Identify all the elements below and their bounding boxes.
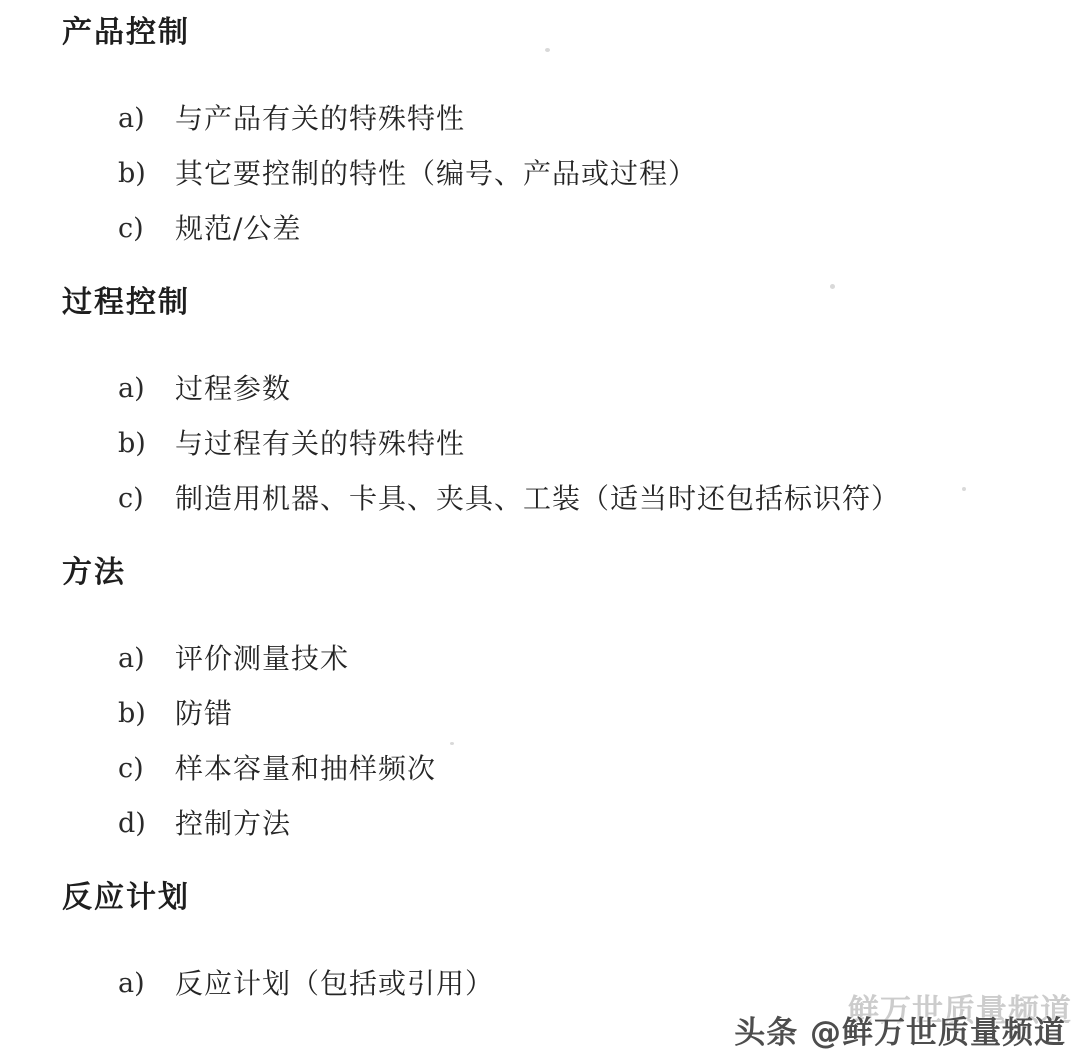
list-item: c) 制造用机器、卡具、夹具、工装（适当时还包括标识符） bbox=[118, 482, 1080, 516]
scan-speck bbox=[450, 742, 454, 745]
item-label: b) bbox=[118, 157, 175, 191]
list-item: c) 规范/公差 bbox=[118, 212, 1080, 246]
item-text: 评价测量技术 bbox=[175, 642, 349, 676]
document-content: 产品控制 a) 与产品有关的特殊特性 b) 其它要控制的特性（编号、产品或过程）… bbox=[0, 0, 1080, 1001]
item-label: c) bbox=[118, 212, 175, 246]
item-text: 规范/公差 bbox=[175, 212, 301, 246]
watermark-text: 头条 @鲜万世质量频道 bbox=[734, 1007, 1066, 1052]
list-item: b) 防错 bbox=[118, 697, 1080, 731]
item-label: a) bbox=[118, 642, 175, 676]
section-heading: 产品控制 bbox=[62, 16, 1080, 50]
item-text: 其它要控制的特性（编号、产品或过程） bbox=[175, 157, 697, 191]
item-text: 控制方法 bbox=[175, 807, 291, 841]
item-label: c) bbox=[118, 482, 175, 516]
item-label: d) bbox=[118, 807, 175, 841]
item-label: c) bbox=[118, 752, 175, 786]
section-process-control: 过程控制 a) 过程参数 b) 与过程有关的特殊特性 c) 制造用机器、卡具、夹… bbox=[0, 286, 1080, 516]
item-label: b) bbox=[118, 427, 175, 461]
list-item: a) 评价测量技术 bbox=[118, 642, 1080, 676]
section-product-control: 产品控制 a) 与产品有关的特殊特性 b) 其它要控制的特性（编号、产品或过程）… bbox=[0, 16, 1080, 246]
item-text: 防错 bbox=[175, 697, 233, 731]
section-heading: 过程控制 bbox=[62, 286, 1080, 320]
section-heading: 方法 bbox=[62, 556, 1080, 590]
section-reaction-plan: 反应计划 a) 反应计划（包括或引用） bbox=[0, 881, 1080, 1001]
scan-speck bbox=[545, 48, 550, 52]
document-page: 产品控制 a) 与产品有关的特殊特性 b) 其它要控制的特性（编号、产品或过程）… bbox=[0, 0, 1080, 1062]
item-text: 反应计划（包括或引用） bbox=[175, 967, 494, 1001]
item-text: 过程参数 bbox=[175, 372, 291, 406]
item-text: 样本容量和抽样频次 bbox=[175, 752, 436, 786]
item-label: a) bbox=[118, 102, 175, 136]
list-item: b) 与过程有关的特殊特性 bbox=[118, 427, 1080, 461]
section-methods: 方法 a) 评价测量技术 b) 防错 c) 样本容量和抽样频次 d) 控制方法 bbox=[0, 556, 1080, 841]
list-item: d) 控制方法 bbox=[118, 807, 1080, 841]
scan-speck bbox=[830, 284, 835, 289]
section-heading: 反应计划 bbox=[62, 881, 1080, 915]
item-label: b) bbox=[118, 697, 175, 731]
list-item: a) 过程参数 bbox=[118, 372, 1080, 406]
item-label: a) bbox=[118, 372, 175, 406]
watermark: 鲜万世质量频道 头条 @鲜万世质量频道 bbox=[654, 996, 1074, 1056]
list-item: c) 样本容量和抽样频次 bbox=[118, 752, 1080, 786]
item-text: 与过程有关的特殊特性 bbox=[175, 427, 465, 461]
item-label: a) bbox=[118, 967, 175, 1001]
scan-speck bbox=[962, 487, 966, 491]
list-item: a) 反应计划（包括或引用） bbox=[118, 967, 1080, 1001]
item-text: 制造用机器、卡具、夹具、工装（适当时还包括标识符） bbox=[175, 482, 900, 516]
item-text: 与产品有关的特殊特性 bbox=[175, 102, 465, 136]
list-item: a) 与产品有关的特殊特性 bbox=[118, 102, 1080, 136]
list-item: b) 其它要控制的特性（编号、产品或过程） bbox=[118, 157, 1080, 191]
